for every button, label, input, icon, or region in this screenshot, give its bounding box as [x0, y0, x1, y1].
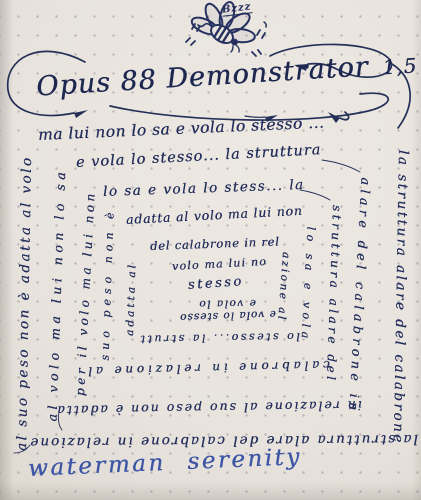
notebook-page-photo: Bzzz Opus 88 Demonstrator1,5 stub ma lui…	[0, 0, 421, 500]
nib-size: 1,5 stub	[382, 50, 421, 79]
spiral-text-segment: e vola lo	[198, 297, 256, 310]
spiral-text-segment: adatta al	[124, 262, 139, 336]
